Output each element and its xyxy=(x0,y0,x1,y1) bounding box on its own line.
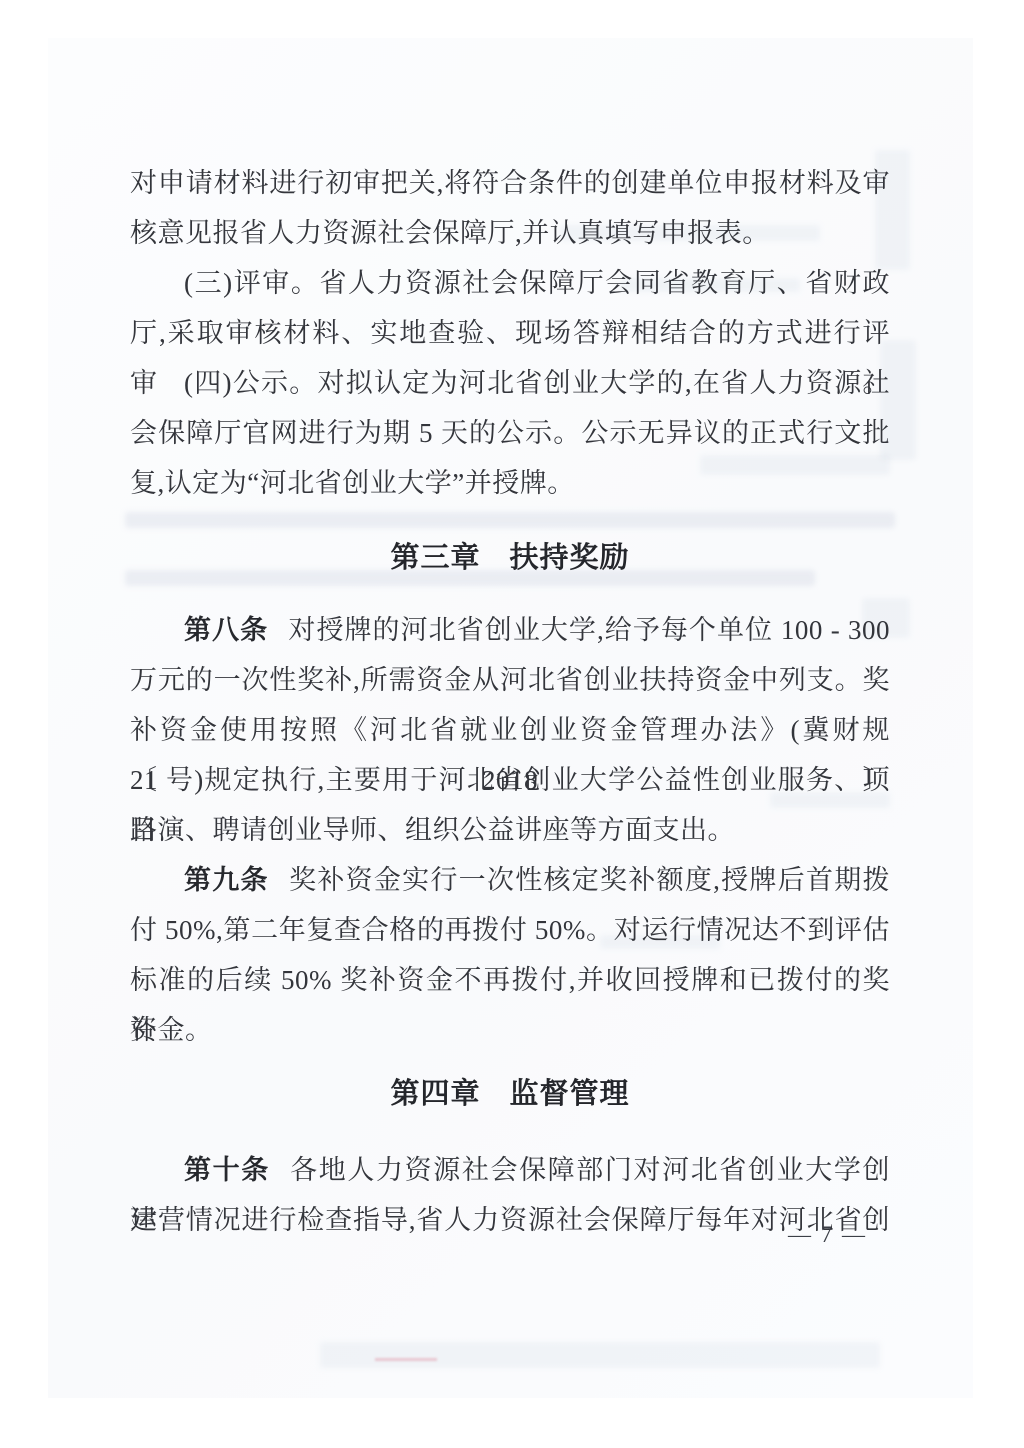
text-line: 路演、聘请创业导师、组织公益讲座等方面支出。 xyxy=(130,805,890,855)
article-number-bold: 第十条 xyxy=(184,1155,270,1185)
text-line: 运营情况进行检查指导,省人力资源社会保障厅每年对河北省创 xyxy=(130,1195,890,1245)
line-text: 对授牌的河北省创业大学,给予每个单位 100 - 300 xyxy=(288,615,890,645)
line-text: 付 50%,第二年复查合格的再拨付 50%。对运行情况达不到评估 xyxy=(130,915,890,945)
text-line: 标准的后续 50% 奖补资金不再拨付,并收回授牌和已拨付的奖补 xyxy=(130,955,890,1005)
chapter-number: 第四章 xyxy=(390,1078,480,1110)
article-number-bold: 第八条 xyxy=(184,615,268,645)
document-page: 对申请材料进行初审把关,将符合条件的创建单位申报材料及审 核意见报省人力资源社会… xyxy=(48,38,973,1398)
text-line: 第八条对授牌的河北省创业大学,给予每个单位 100 - 300 xyxy=(130,605,890,655)
article-number-bold: 第九条 xyxy=(184,865,269,895)
page-number: — 7 — xyxy=(788,1222,867,1248)
line-text: (三)评审。省人力资源社会保障厅会同省教育厅、省财政 xyxy=(184,268,890,298)
text-line: 万元的一次性奖补,所需资金从河北省创业扶持资金中列支。奖 xyxy=(130,655,890,705)
text-line: 第九条奖补资金实行一次性核定奖补额度,授牌后首期拨 xyxy=(130,855,890,905)
chapter-title: 监督管理 xyxy=(510,1078,630,1110)
line-text: 奖补资金实行一次性核定奖补额度,授牌后首期拨 xyxy=(289,865,890,895)
text-line: 复,认定为“河北省创业大学”并授牌。 xyxy=(130,458,890,508)
line-text: 运营情况进行检查指导,省人力资源社会保障厅每年对河北省创 xyxy=(130,1205,890,1235)
text-line: 21 号)规定执行,主要用于河北省创业大学公益性创业服务、项目 xyxy=(130,755,890,805)
text-line: (四)公示。对拟认定为河北省创业大学的,在省人力资源社 xyxy=(130,358,890,408)
line-text: 对申请材料进行初审把关,将符合条件的创建单位申报材料及审 xyxy=(130,168,890,198)
document-body-text: 对申请材料进行初审把关,将符合条件的创建单位申报材料及审 核意见报省人力资源社会… xyxy=(130,158,890,1245)
line-text: 资金。 xyxy=(130,1015,213,1045)
text-line: 补资金使用按照《河北省就业创业资金管理办法》(冀财规〔2018〕 xyxy=(130,705,890,755)
chapter-heading-3: 第三章扶持奖励 xyxy=(130,533,890,583)
line-text: 万元的一次性奖补,所需资金从河北省创业扶持资金中列支。奖 xyxy=(130,665,890,695)
text-line: 第十条各地人力资源社会保障部门对河北省创业大学创建 xyxy=(130,1145,890,1195)
text-line: 资金。 xyxy=(130,1005,890,1055)
text-line: (三)评审。省人力资源社会保障厅会同省教育厅、省财政 xyxy=(130,258,890,308)
text-line: 对申请材料进行初审把关,将符合条件的创建单位申报材料及审 xyxy=(130,158,890,208)
line-text: 核意见报省人力资源社会保障厅,并认真填写申报表。 xyxy=(130,218,770,248)
scan-mark xyxy=(375,1358,437,1361)
line-text: 复,认定为“河北省创业大学”并授牌。 xyxy=(130,468,575,498)
line-text: (四)公示。对拟认定为河北省创业大学的,在省人力资源社 xyxy=(184,368,890,398)
chapter-title: 扶持奖励 xyxy=(510,542,630,574)
text-line: 厅,采取审核材料、实地查验、现场答辩相结合的方式进行评审。 xyxy=(130,308,890,358)
line-text: 会保障厅官网进行为期 5 天的公示。公示无异议的正式行文批 xyxy=(130,418,890,448)
chapter-heading-4: 第四章监督管理 xyxy=(130,1069,890,1119)
text-line: 付 50%,第二年复查合格的再拨付 50%。对运行情况达不到评估 xyxy=(130,905,890,955)
bleedthrough-artifact xyxy=(320,1342,880,1368)
chapter-number: 第三章 xyxy=(390,542,480,574)
text-line: 核意见报省人力资源社会保障厅,并认真填写申报表。 xyxy=(130,208,890,258)
line-text: 路演、聘请创业导师、组织公益讲座等方面支出。 xyxy=(130,815,735,845)
text-line: 会保障厅官网进行为期 5 天的公示。公示无异议的正式行文批 xyxy=(130,408,890,458)
